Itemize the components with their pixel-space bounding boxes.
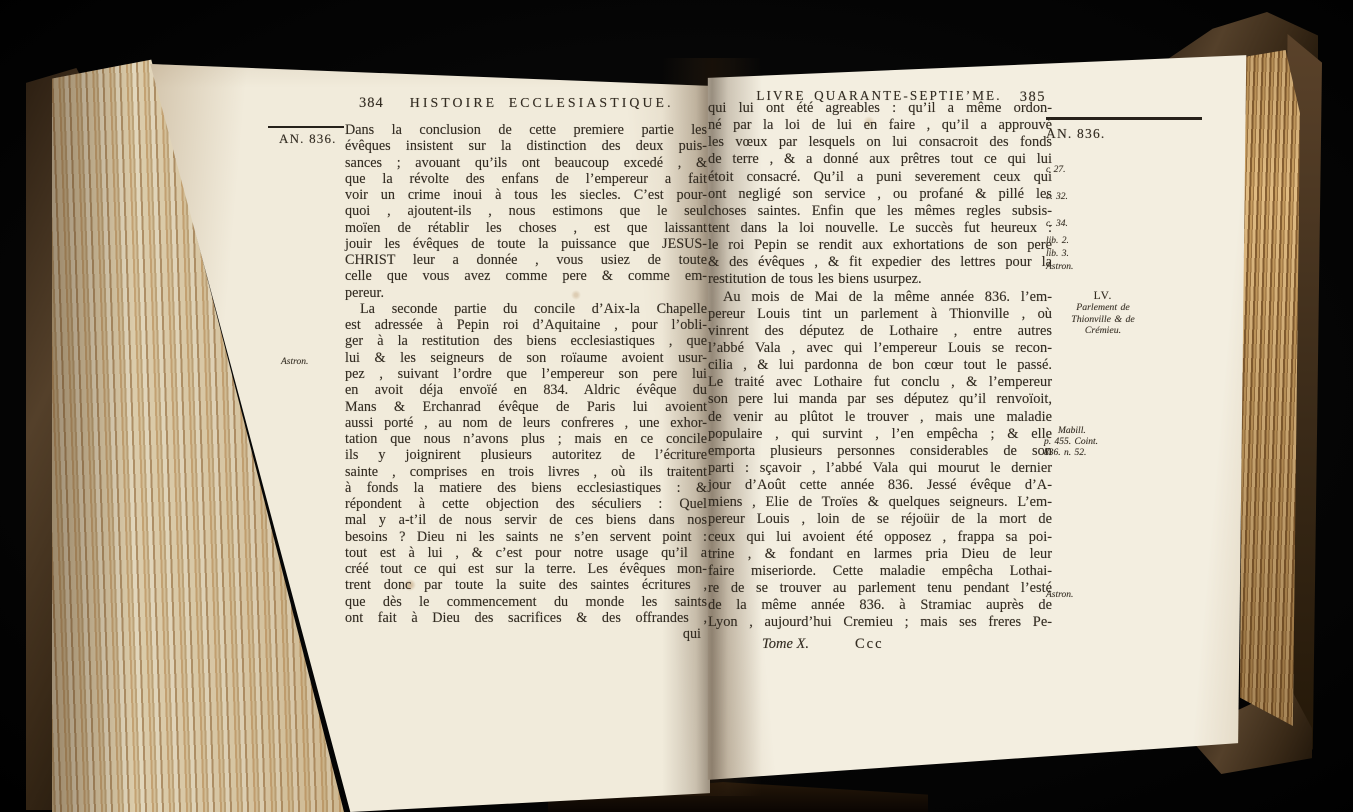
text-line: trine , & fondant en larmes pria Dieu de… (708, 546, 1052, 563)
text-line: restitution de tous les biens usurpez. (708, 271, 1052, 288)
left-page-body-text: Dans la conclusion de cette premiere par… (345, 122, 707, 643)
right-year-margin-note: AN. 836. (1046, 126, 1105, 142)
text-line: l’abbé Vala , avec qui l’empereur Louis … (708, 340, 1052, 357)
text-line: que dès le commencement du monde les sai… (345, 594, 707, 610)
text-line: est adressée à Pepin roi d’Aquitaine , p… (345, 317, 707, 333)
right-source-margin-note: Mabill.p. 455. Coint.836. n. 52. (1044, 426, 1144, 459)
page-stack-gilt-edge-right (1240, 50, 1300, 754)
text-line: & des évêques , & fit expedier des lettr… (708, 254, 1052, 271)
text-line: en avoit déja envoïé en 834. Aldric évêq… (345, 382, 707, 398)
text-line: Lyon , aujourd’hui Cremieu ; mais ses fr… (708, 614, 1052, 631)
text-line: créé tout ce qui est sur la terre. Les é… (345, 561, 707, 577)
text-line: cilia , & lui pardonna de bon cœur tout … (708, 357, 1052, 374)
text-line: 836. n. 52. (1044, 448, 1144, 459)
left-page-number: 384 (359, 95, 384, 112)
text-line: de terre , & a donné aux prêtres tout ce… (708, 151, 1052, 168)
open-book-photo: 384 HISTOIRE ECCLESIASTIQUE. AN. 836. As… (0, 0, 1353, 812)
text-line: mal y a-t’il de nous servir de ces biens… (345, 512, 707, 528)
text-line: évêques insistent sur la distinction des… (345, 138, 707, 154)
text-line: né par la loi de lui en faire , qu’il a … (708, 117, 1052, 134)
right-margin-rule (1046, 117, 1202, 120)
text-line: ils y joignirent plusieurs autoritez de … (345, 447, 707, 463)
text-line: Dans la conclusion de cette premiere par… (345, 122, 707, 138)
text-line: re de se trouver au parlement tenu penda… (708, 580, 1052, 597)
text-line: Thionville & de (1040, 314, 1166, 326)
text-line: tent dans la loi nouvelle. Le succès fut… (708, 220, 1052, 237)
text-line: répondent à cette objection des séculier… (345, 496, 707, 512)
text-line: trent donc par toute la suite des sainte… (345, 577, 707, 593)
text-line: quoi , ajoutent-ils , nous estimons que … (345, 203, 707, 219)
text-line: populaire , qui survint , l’en empêcha ;… (708, 426, 1052, 443)
text-line: ont negligé son service , ou profané & p… (708, 186, 1052, 203)
text-line: parti : sçavoir , l’abbé Vala qui mourut… (708, 460, 1052, 477)
text-line: vinrent des députez de Lothaire , entre … (708, 323, 1052, 340)
right-section-margin-note: LV. Parlement deThionville & deCrémieu. (1040, 290, 1166, 337)
text-line: lui & les seigneurs de son roïaume avoie… (345, 350, 707, 366)
left-year-margin-note: AN. 836. (279, 131, 337, 147)
text-line: sances ; avouant qu’ils ont beaucoup exc… (345, 155, 707, 171)
text-line: Au mois de Mai de la même année 836. l’e… (708, 289, 1052, 306)
text-line: besoins ? Dieu ni les saints ne s’en ser… (345, 529, 707, 545)
text-line: ceux qui lui avoient été opposez , frapp… (708, 529, 1052, 546)
text-line: que la révolte des enfans de l’empereur … (345, 171, 707, 187)
text-line: qui (345, 626, 707, 642)
text-line: pereur. (345, 285, 707, 301)
text-line: Crémieu. (1040, 325, 1166, 337)
text-line: Parlement de (1040, 302, 1166, 314)
text-line: miens , Elie de Troïes & quelques seigne… (708, 494, 1052, 511)
text-line: son pere lui manda par ses députez qu’il… (708, 391, 1052, 408)
left-running-title: HISTOIRE ECCLESIASTIQUE. (410, 95, 674, 111)
volume-label: Tome X. (762, 636, 809, 653)
text-line: CHRIST leur a donnée , vous usiez de tou… (345, 252, 707, 268)
text-line: à fonds la matiere des biens ecclesiasti… (345, 480, 707, 496)
text-line: pereur Louis , loin de se réjoüir de la … (708, 511, 1052, 528)
text-line: jour d’Août cette année 836. Jessé évêqu… (708, 477, 1052, 494)
text-line: ger à la restitution des biens ecclesias… (345, 333, 707, 349)
text-line: jouir les évêques de toute la puissance … (345, 236, 707, 252)
text-line: p. 455. Coint. (1044, 437, 1144, 448)
text-line: ont fait à Dieu des sacrifices & des off… (345, 610, 707, 626)
text-line: La seconde partie du concile d’Aix-la Ch… (345, 301, 707, 317)
text-line: qui lui ont été agreables : qu’il a même… (708, 100, 1052, 117)
text-line: Mans & Erchanrad évêque de Paris lui avo… (345, 399, 707, 415)
text-line: pez , suivant l’ordre que l’empereur son… (345, 366, 707, 382)
text-line: pereur Louis tint un parlement à Thionvi… (708, 306, 1052, 323)
text-line: sainte , comprises en trois livres , où … (345, 464, 707, 480)
text-line: étoit consacré. Qu’il a puni severement … (708, 169, 1052, 186)
left-astron-margin-note: Astron. (281, 357, 308, 367)
left-margin-rule (268, 126, 344, 128)
text-line: tout est à lui , & c’est pour notre usag… (345, 545, 707, 561)
text-line: aussi porté , au nom de leurs confreres … (345, 415, 707, 431)
text-line: choses saintes. Enfin que les mêmes regl… (708, 203, 1052, 220)
left-page-header: 384 HISTOIRE ECCLESIASTIQUE. (345, 95, 707, 112)
text-line: voir un crime inoui à tous les siecles. … (345, 187, 707, 203)
text-line: celle que vous avez comme pere & comme e… (345, 268, 707, 284)
right-page-footer: Tome X. Ccc (708, 636, 1052, 653)
text-line: Le traité avec Lothaire fut conclu , & l… (708, 374, 1052, 391)
text-line: emporta plusieurs personnes considerable… (708, 443, 1052, 460)
section-title: Parlement deThionville & deCrémieu. (1040, 302, 1166, 337)
right-page-body-text: qui lui ont été agreables : qu’il a même… (708, 100, 1052, 631)
text-line: les vœux par lesquels on lui consacroit … (708, 134, 1052, 151)
text-line: faire miseriorde. Cette maladie empêcha … (708, 563, 1052, 580)
text-line: de la même année 836. à Stramiac auprès … (708, 597, 1052, 614)
text-line: le roi Pepin se rendit aux exhortations … (708, 237, 1052, 254)
section-number: LV. (1040, 290, 1166, 302)
text-line: de venir au plûtot le trouver , mais une… (708, 409, 1052, 426)
text-line: tation que nous n’avons plus ; mais en c… (345, 431, 707, 447)
text-line: moïen de rétablir les choses , est que l… (345, 220, 707, 236)
signature-mark: Ccc (855, 636, 884, 653)
text-line: Mabill. (1044, 426, 1144, 437)
